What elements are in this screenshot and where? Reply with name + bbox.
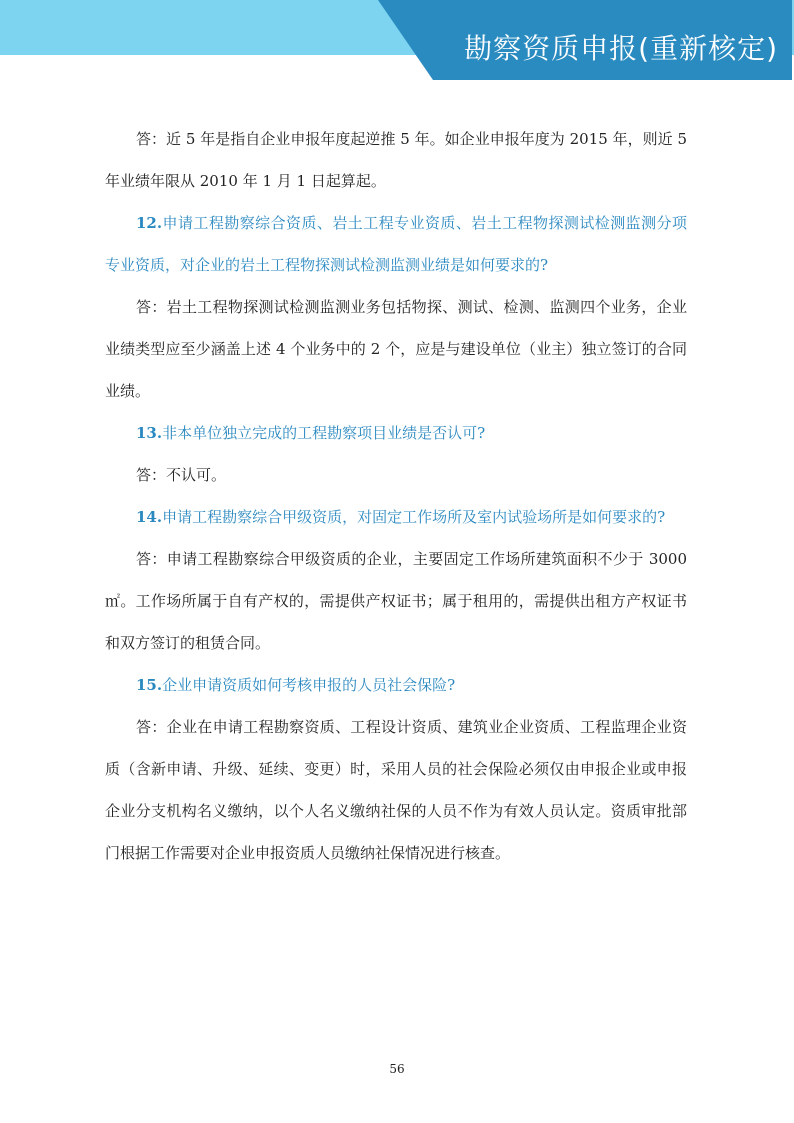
document-body: 答：近 5 年是指自企业申报年度起逆推 5 年。如企业申报年度为 2015 年，… <box>105 118 687 874</box>
answer-paragraph: 答：不认可。 <box>105 454 687 496</box>
page-number: 56 <box>0 1062 794 1076</box>
question-13: 13.非本单位独立完成的工程勘察项目业绩是否认可? <box>105 412 687 454</box>
answer-paragraph: 答：近 5 年是指自企业申报年度起逆推 5 年。如企业申报年度为 2015 年，… <box>105 118 687 202</box>
question-text: 企业申请资质如何考核申报的人员社会保险? <box>162 676 455 694</box>
question-text: 申请工程勘察综合资质、岩土工程专业资质、岩土工程物探测试检测监测分项专业资质，对… <box>105 214 687 274</box>
question-text: 申请工程勘察综合甲级资质，对固定工作场所及室内试验场所是如何要求的? <box>162 508 665 526</box>
question-14: 14.申请工程勘察综合甲级资质，对固定工作场所及室内试验场所是如何要求的? <box>105 496 687 538</box>
answer-paragraph: 答：岩土工程物探测试检测监测业务包括物探、测试、检测、监测四个业务，企业业绩类型… <box>105 286 687 412</box>
question-text: 非本单位独立完成的工程勘察项目业绩是否认可? <box>162 424 485 442</box>
question-number: 15. <box>136 676 162 694</box>
answer-text: 答：岩土工程物探测试检测监测业务包括物探、测试、检测、监测四个业务，企业业绩类型… <box>105 298 687 400</box>
answer-paragraph: 答：申请工程勘察综合甲级资质的企业，主要固定工作场所建筑面积不少于 3000 ㎡… <box>105 538 687 664</box>
question-number: 13. <box>136 424 162 442</box>
question-15: 15.企业申请资质如何考核申报的人员社会保险? <box>105 664 687 706</box>
answer-paragraph: 答：企业在申请工程勘察资质、工程设计资质、建筑业企业资质、工程监理企业资质（含新… <box>105 706 687 874</box>
answer-text: 答：近 5 年是指自企业申报年度起逆推 5 年。如企业申报年度为 2015 年，… <box>105 130 687 190</box>
question-number: 12. <box>136 214 162 232</box>
answer-text: 答：申请工程勘察综合甲级资质的企业，主要固定工作场所建筑面积不少于 3000 ㎡… <box>105 550 687 652</box>
question-12: 12.申请工程勘察综合资质、岩土工程专业资质、岩土工程物探测试检测监测分项专业资… <box>105 202 687 286</box>
answer-text: 答：不认可。 <box>136 466 226 484</box>
answer-text: 答：企业在申请工程勘察资质、工程设计资质、建筑业企业资质、工程监理企业资质（含新… <box>105 718 687 862</box>
page-header-title: 勘察资质申报(重新核定) <box>464 27 778 67</box>
question-number: 14. <box>136 508 162 526</box>
